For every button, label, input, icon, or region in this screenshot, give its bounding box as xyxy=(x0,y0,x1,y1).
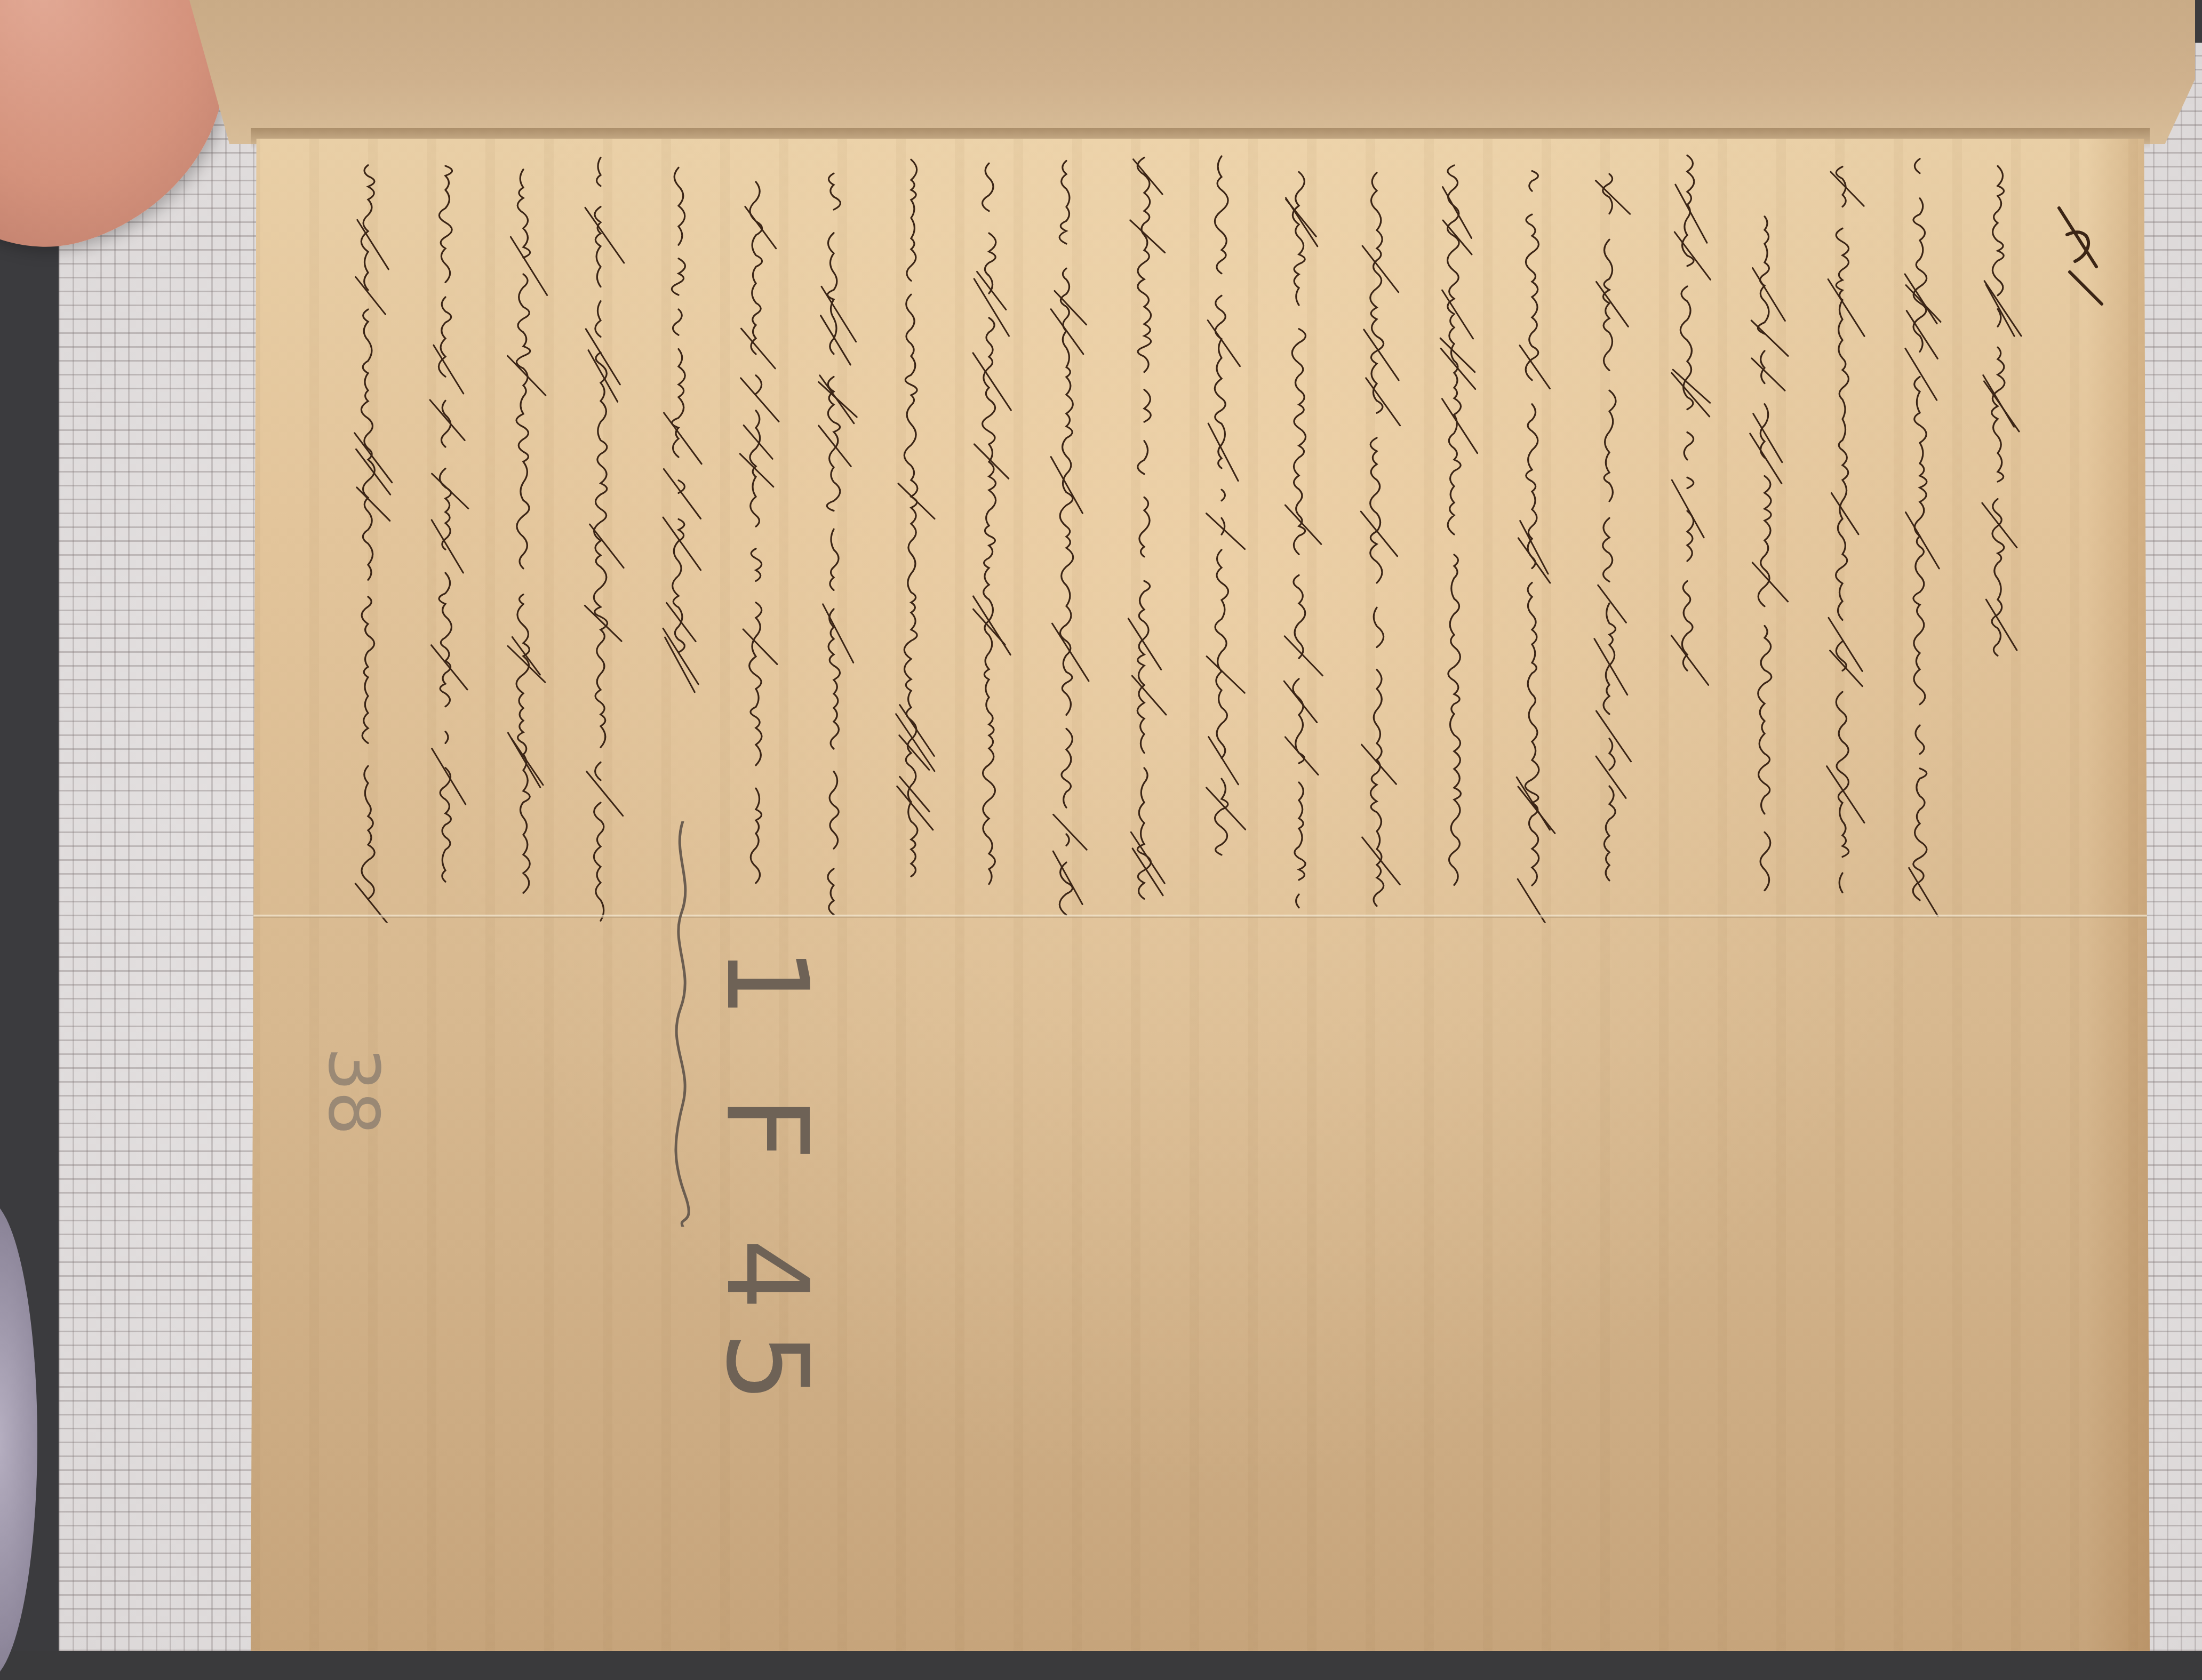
handwritten-line xyxy=(1666,144,1698,923)
handwritten-line xyxy=(424,144,456,923)
handwritten-line xyxy=(1588,144,1620,923)
handwritten-line xyxy=(890,144,922,923)
handwritten-line xyxy=(735,144,767,923)
wavy-pencil-line xyxy=(661,821,704,1227)
handwritten-line xyxy=(1511,144,1543,923)
shelfmark: 1 F 45 xyxy=(701,947,832,1424)
handwritten-line xyxy=(1278,144,1310,923)
handwritten-text-block xyxy=(325,144,2128,923)
closing-word-ink xyxy=(2043,203,2107,309)
handwritten-line xyxy=(657,144,689,923)
fold-crease xyxy=(251,915,2150,918)
handwritten-line xyxy=(1433,144,1465,923)
handwritten-line xyxy=(968,144,1000,923)
handwritten-line xyxy=(812,144,844,923)
manuscript-page: 38 1 F 45 xyxy=(251,139,2150,1651)
handwritten-line xyxy=(1355,144,1387,923)
handwritten-line xyxy=(1200,144,1232,923)
handwritten-line xyxy=(1743,144,1775,923)
folio-number: 38 xyxy=(313,1047,394,1135)
handwritten-line xyxy=(1898,144,1930,923)
handwritten-line xyxy=(579,144,611,923)
handwritten-line xyxy=(1123,144,1155,923)
folded-back-flap xyxy=(189,0,2195,144)
handwritten-line xyxy=(502,144,534,923)
handwritten-line xyxy=(1045,144,1077,923)
handwritten-line xyxy=(1821,144,1853,923)
handwritten-line xyxy=(347,144,379,923)
fabric-sliver xyxy=(0,1200,37,1651)
photo-scene: 38 1 F 45 xyxy=(0,0,2202,1651)
handwritten-line xyxy=(1976,144,2008,923)
